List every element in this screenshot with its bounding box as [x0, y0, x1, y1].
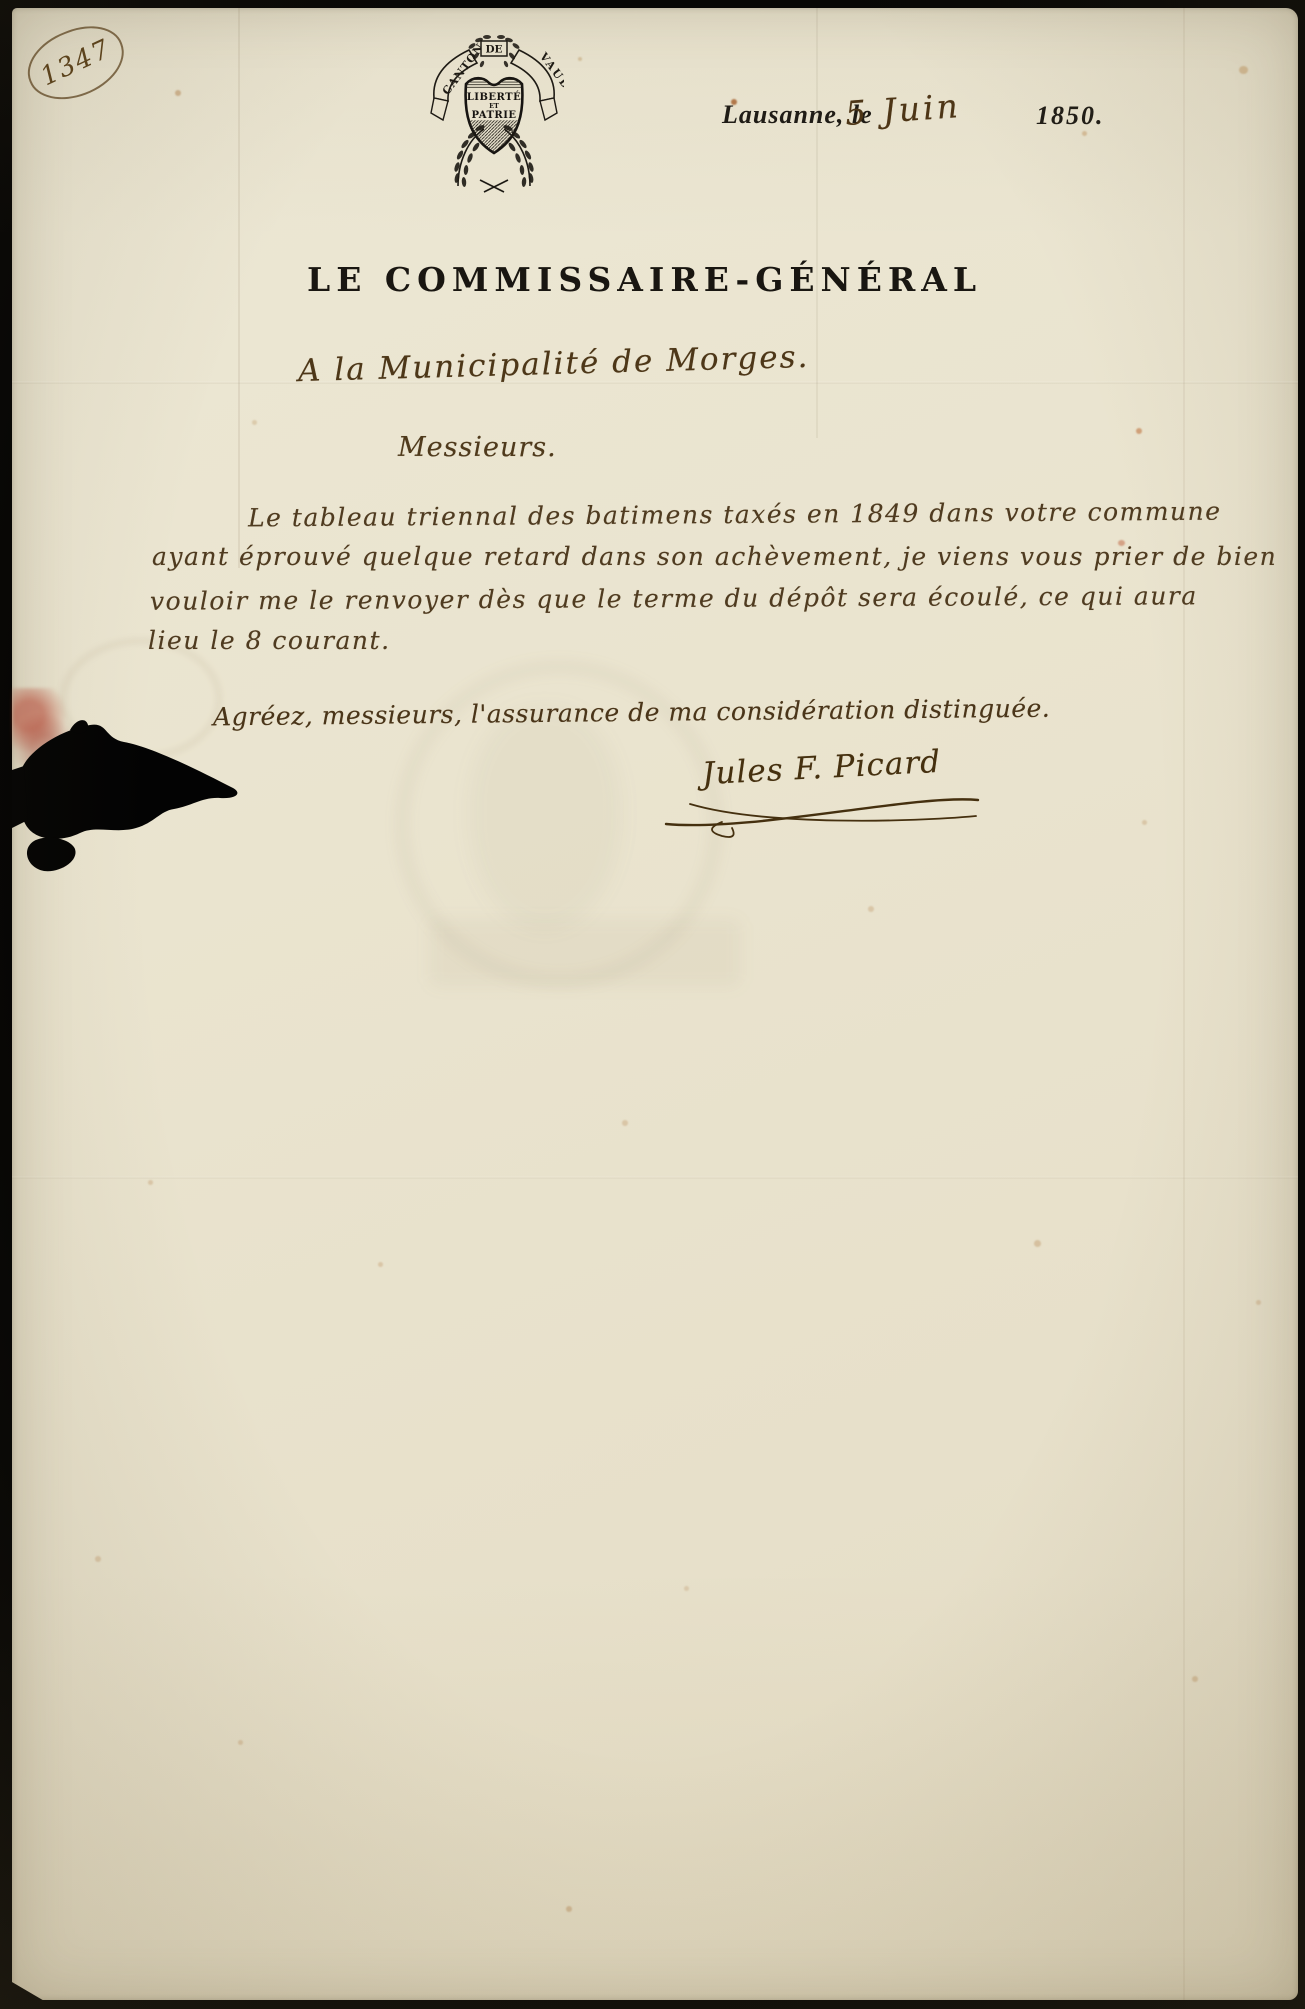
- registration-number: 1347: [36, 34, 116, 93]
- fold-crease-vertical: [816, 8, 818, 438]
- fox-spot: [868, 906, 874, 912]
- torn-hole: [12, 700, 264, 892]
- fox-spot: [1142, 820, 1147, 825]
- seal-ribbon-center-label: DE: [485, 44, 502, 56]
- seal-shield-line2: ET: [489, 102, 499, 110]
- letterhead-title: LE COMMISSAIRE-GÉNÉRAL: [307, 260, 982, 299]
- seal-shield-line3: PATRIE: [471, 110, 516, 121]
- show-through-shield-ghost: [470, 708, 620, 928]
- seal-ribbon-tail-left: [431, 98, 448, 120]
- fox-spot: [378, 1262, 383, 1267]
- fox-spot: [1136, 428, 1142, 434]
- addressee-line: A la Municipalité de Morges.: [298, 339, 810, 389]
- registration-number-oval: 1347: [17, 14, 134, 111]
- fox-spot: [1192, 1676, 1198, 1682]
- letter-page: 1347 CANTON VAUD: [12, 8, 1298, 2000]
- signature: Jules F. Picard: [701, 744, 942, 792]
- fox-spot: [566, 1906, 572, 1912]
- document-scan: 1347 CANTON VAUD: [0, 0, 1305, 2009]
- dateline-handwritten-date: 5 Juin: [844, 86, 962, 133]
- fox-spot: [1082, 131, 1087, 136]
- fox-spot: [238, 1740, 243, 1745]
- show-through-text-ghost: [430, 920, 740, 986]
- body-line: ayant éprouvé quelque retard dans son ac…: [152, 542, 1277, 571]
- body-line: vouloir me le renvoyer dès que le terme …: [150, 581, 1198, 615]
- closing-line: Agréez, messieurs, l'assurance de ma con…: [213, 694, 1051, 732]
- fox-spot: [148, 1180, 153, 1185]
- fox-spot: [95, 1556, 101, 1562]
- salutation: Messieurs.: [398, 432, 557, 463]
- seal-shield-top-shading: [466, 78, 522, 89]
- body-line: Le tableau triennal des batimens taxés e…: [248, 497, 1222, 533]
- fox-spot: [622, 1120, 628, 1126]
- fold-crease-horizontal: [12, 1176, 1298, 1179]
- body-line: lieu le 8 courant.: [148, 626, 391, 655]
- fox-spot: [1239, 66, 1248, 74]
- dateline-year-printed: 1850.: [1036, 101, 1105, 131]
- seal-ribbon-tail-right: [540, 98, 557, 120]
- fox-spot: [175, 90, 181, 96]
- fox-spot: [684, 1586, 689, 1591]
- fold-crease-horizontal: [12, 381, 1298, 384]
- fold-crease-vertical: [238, 8, 240, 568]
- fox-spot: [578, 57, 582, 61]
- fold-crease-vertical: [1183, 8, 1185, 2000]
- fox-spot: [252, 420, 257, 425]
- fox-spot: [1034, 1240, 1041, 1247]
- signature-flourish: [664, 788, 984, 840]
- fox-spot: [1256, 1300, 1261, 1305]
- canton-vaud-seal: CANTON VAUD DE LIBERTÉ ET: [424, 34, 564, 196]
